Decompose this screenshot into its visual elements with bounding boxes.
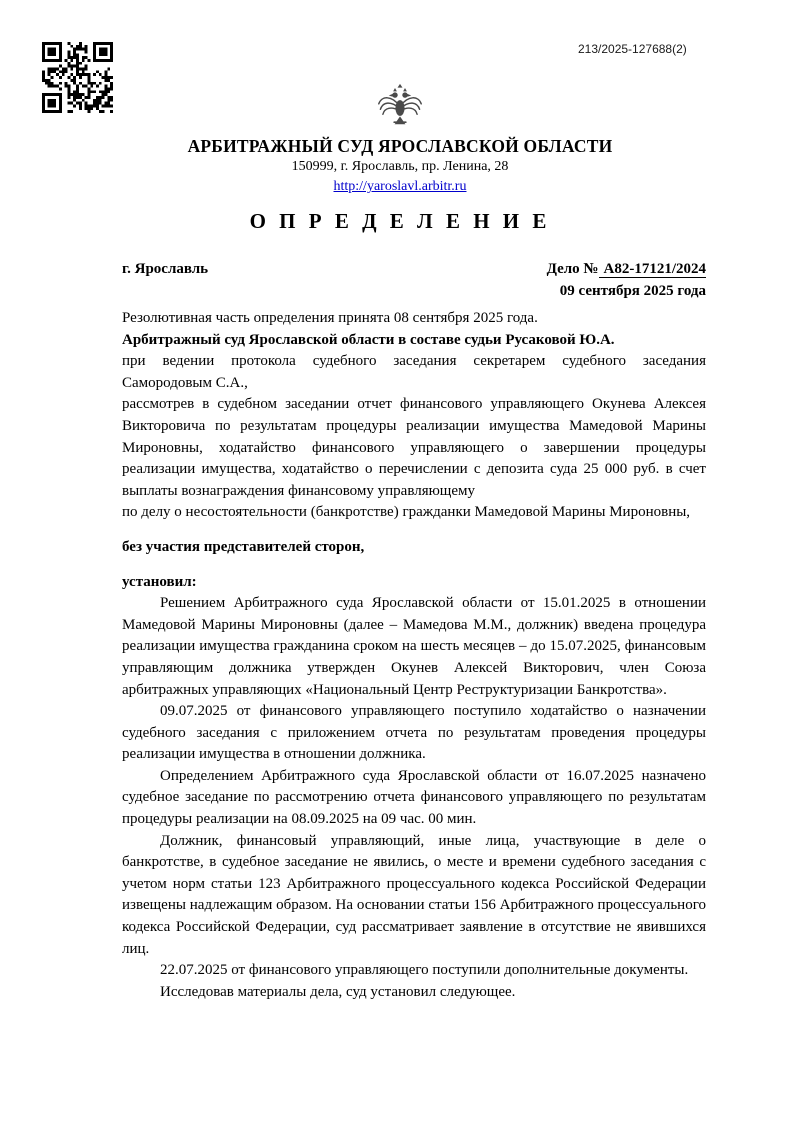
paragraph-judge: Арбитражный суд Ярославской области в со… — [122, 330, 706, 352]
paragraph: Резолютивная часть определения принята 0… — [122, 308, 706, 330]
paragraph-no-parties: без участия представителей сторон, — [122, 537, 706, 559]
document-registration-number: 213/2025-127688(2) — [578, 42, 687, 56]
document-body: Резолютивная часть определения принята 0… — [122, 308, 706, 1003]
paragraph: при ведении протокола судебного заседани… — [122, 351, 706, 394]
document-title: О П Р Е Д Е Л Е Н И Е — [0, 209, 800, 234]
paragraph: Решением Арбитражного суда Ярославской о… — [122, 593, 706, 701]
case-meta-right: Дело №А82-17121/2024 09 сентября 2025 го… — [547, 258, 706, 302]
court-name: АРБИТРАЖНЫЙ СУД ЯРОСЛАВСКОЙ ОБЛАСТИ — [0, 136, 800, 157]
paragraph: Исследовав материалы дела, суд установил… — [122, 982, 706, 1004]
court-url: http://yaroslavl.arbitr.ru — [0, 179, 800, 195]
city-label: г. Ярославль — [122, 258, 208, 280]
paragraph-ustanovil: установил: — [122, 572, 706, 594]
russian-coat-of-arms-icon — [0, 82, 800, 134]
case-number: А82-17121/2024 — [599, 261, 707, 278]
court-url-link[interactable]: http://yaroslavl.arbitr.ru — [334, 179, 467, 194]
paragraph: Должник, финансовый управляющий, иные ли… — [122, 831, 706, 961]
paragraph: рассмотрев в судебном заседании отчет фи… — [122, 394, 706, 502]
paragraph: 09.07.2025 от финансового управляющего п… — [122, 701, 706, 766]
case-label: Дело № — [547, 261, 599, 277]
paragraph: 22.07.2025 от финансового управляющего п… — [122, 960, 706, 982]
court-address: 150999, г. Ярославль, пр. Ленина, 28 — [0, 159, 800, 175]
paragraph: Определением Арбитражного суда Ярославск… — [122, 766, 706, 831]
ruling-date: 09 сентября 2025 года — [547, 280, 706, 302]
paragraph: по делу о несостоятельности (банкротстве… — [122, 502, 706, 524]
case-number-line: Дело №А82-17121/2024 — [547, 258, 706, 280]
case-meta-row: г. Ярославль Дело №А82-17121/2024 09 сен… — [122, 258, 706, 302]
document-page: 213/2025-127688(2) — [0, 0, 800, 1131]
